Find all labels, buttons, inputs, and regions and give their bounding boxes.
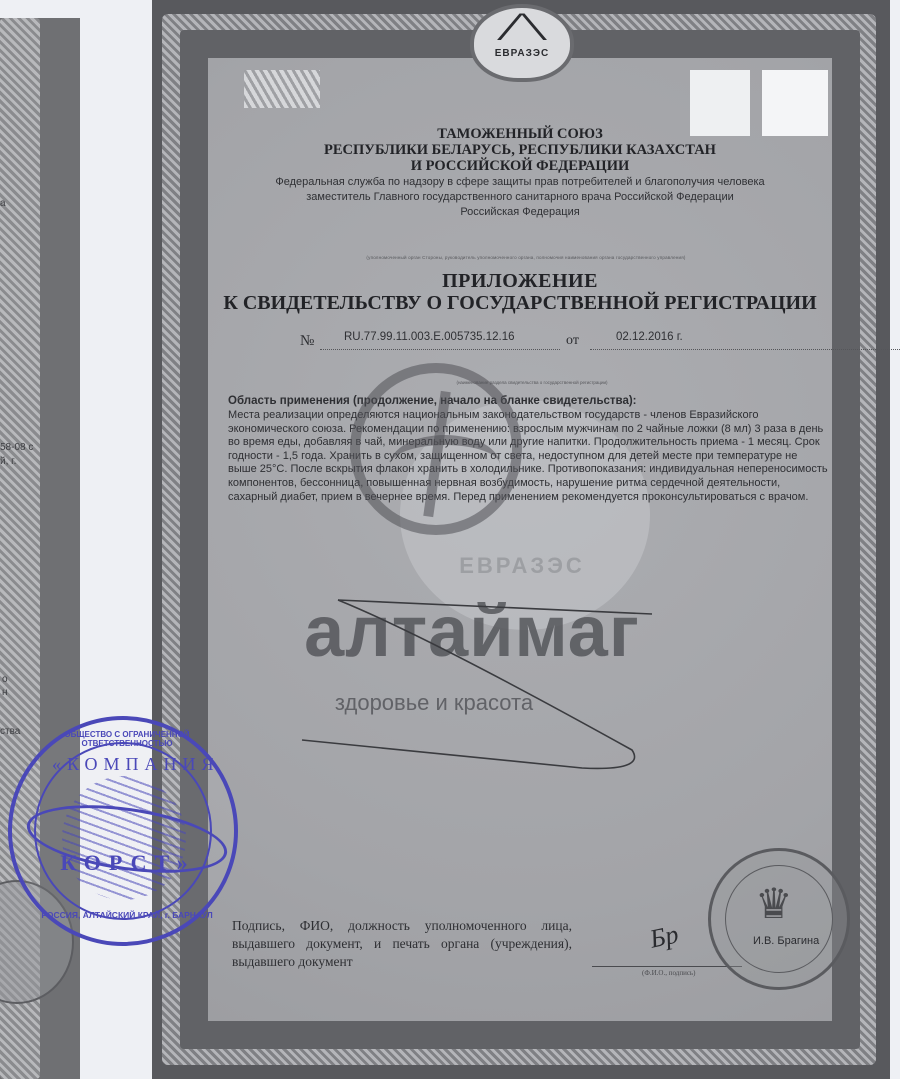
adjacent-text-fragment: й, г. [0,456,16,467]
document-subtitle: К СВИДЕТЕЛЬСТВУ О ГОСУДАРСТВЕННОЙ РЕГИСТ… [208,292,832,315]
date-prefix: от [566,333,579,349]
signature-line [592,966,742,967]
registration-number: RU.77.99.11.003.Е.005735.12.16 [344,331,515,343]
eurasec-emblem: ⟋⟍ ЕВРАЗЭС [470,4,574,82]
company-stamp: ОБЩЕСТВО С ОГРАНИЧЕННОЙ ОТВЕТСТВЕННОСТЬЮ… [8,716,238,946]
watermark-brand: алтаймаг [222,592,722,672]
watermark-tagline: здоровье и красота [264,690,604,716]
adjacent-text-fragment: а [0,198,6,209]
union-title: ТАМОЖЕННЫЙ СОЮЗ [208,126,832,143]
adjacent-text-fragment: н [2,687,8,698]
number-underline [320,349,560,350]
document-title: ПРИЛОЖЕНИЕ [208,270,832,293]
union-federation: И РОССИЙСКОЙ ФЕДЕРАЦИИ [208,158,832,175]
authority-caption: (уполномоченный орган Стороны, руководит… [256,255,796,260]
stamp-bottom-text: РОССИЯ, АЛТАЙСКИЙ КРАЙ, г. БАРНАУЛ [32,910,222,920]
scope-text: Места реализации определяются национальн… [228,409,828,504]
watermark-leaf-arc [390,435,500,495]
faded-seal-label: ЕВРАЗЭС [432,553,612,579]
adjacent-text-fragment: ства [0,726,20,737]
eurasec-logo-icon: ⟋⟍ [474,8,570,48]
registration-number-row: № RU.77.99.11.003.Е.005735.12.16 от 02.1… [300,331,770,353]
stamp-top-text: ОБЩЕСТВО С ОГРАНИЧЕННОЙ ОТВЕТСТВЕННОСТЬЮ [32,730,222,748]
issuing-official: заместитель Главного государственного са… [208,191,832,203]
emblem-label: ЕВРАЗЭС [474,48,570,59]
stamp-company-word: «КОМПАНИЯ [52,754,202,775]
registration-date: 02.12.2016 г. [616,331,683,343]
issuing-country: Российская Федерация [208,206,832,218]
seal-official-name: И.В. Брагина [753,935,819,947]
watermark-leaf-logo-icon [350,363,522,535]
security-pattern [244,70,320,108]
fio-caption: (Ф.И.О., подпись) [642,969,695,977]
issuing-agency: Федеральная служба по надзору в сфере за… [208,176,832,188]
union-countries: РЕСПУБЛИКИ БЕЛАРУСЬ, РЕСПУБЛИКИ КАЗАХСТА… [208,142,832,159]
date-underline [590,349,900,350]
official-seal: ♛ И.В. Брагина [708,848,850,990]
handwritten-signature: Бр [647,919,681,954]
adjacent-text-fragment: о [2,674,8,685]
signature-caption: Подпись, ФИО, должность уполномоченного … [232,917,572,971]
scope-section: Область применения (продолжение, начало … [228,395,828,504]
double-headed-eagle-icon: ♛ [755,879,793,928]
number-sign: № [300,333,314,350]
adjacent-text-fragment: 58-08 с [0,442,33,453]
stamp-brand: КОРСТ» [38,850,218,876]
scope-heading: Область применения (продолжение, начало … [228,395,828,407]
registration-certificate-appendix: ⟋⟍ ЕВРАЗЭС ТАМОЖЕННЫЙ СОЮЗ РЕСПУБЛИКИ БЕ… [152,0,890,1079]
